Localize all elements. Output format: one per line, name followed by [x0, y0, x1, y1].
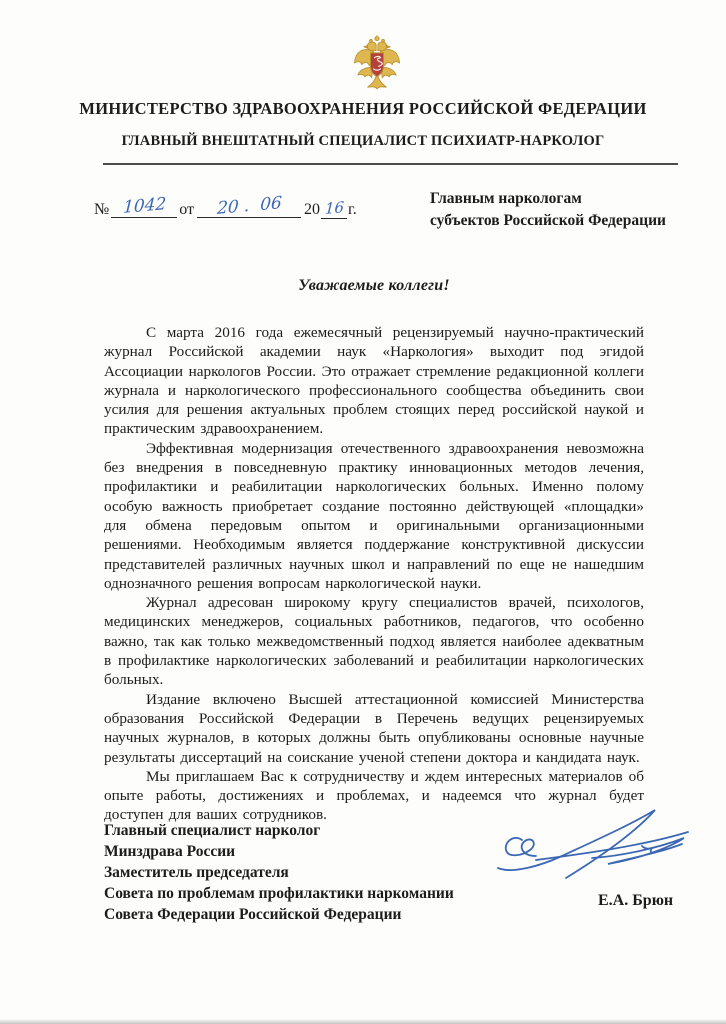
document-year-field: 16 [321, 200, 347, 219]
paragraph-2: Эффективная модернизация отечественного … [104, 439, 644, 593]
paragraph-1: С марта 2016 года ежемесячный рецензируе… [104, 323, 644, 439]
scan-edge-shadow [0, 1019, 726, 1024]
letterhead-divider [103, 163, 678, 165]
signer-title-line4: Совета по проблемам профилактики наркома… [104, 883, 454, 904]
paragraph-3: Журнал адресован широкому кругу специали… [104, 593, 644, 689]
year-prefix: 20 [304, 201, 320, 219]
document-date-field: 20 . 06 [197, 199, 301, 218]
number-label: № [94, 201, 109, 219]
reference-line: №1042от20 . 062016г. [94, 199, 357, 219]
signer-title-line5: Совета Федерации Российской Федерации [104, 904, 454, 925]
signer-name: Е.А. Брюн [598, 892, 673, 910]
addressee-line1: Главным наркологам [430, 188, 666, 210]
addressee-line2: субъектов Российской Федерации [430, 210, 666, 232]
ministry-of-health-emblem-icon [351, 34, 403, 90]
ministry-name: МИНИСТЕРСТВО ЗДРАВООХРАНЕНИЯ РОССИЙСКОЙ … [0, 99, 726, 119]
handwritten-signature-icon [492, 806, 718, 898]
chief-specialist-title: ГЛАВНЫЙ ВНЕШТАТНЫЙ СПЕЦИАЛИСТ ПСИХИАТР-Н… [0, 133, 726, 150]
salutation: Уважаемые коллеги! [104, 277, 644, 295]
document-number-field: 1042 [111, 199, 177, 218]
signer-title-line1: Главный специалист нарколог [104, 820, 454, 841]
document-year-handwritten: 16 [324, 198, 344, 218]
paragraph-4: Издание включено Высшей аттестационной к… [104, 690, 644, 767]
signature-title-block: Главный специалист нарколог Минздрава Ро… [104, 820, 454, 925]
signer-title-line3: Заместитель председателя [104, 862, 454, 883]
document-number-handwritten: 1042 [122, 194, 166, 218]
year-suffix: г. [348, 201, 357, 219]
official-letter-page: МИНИСТЕРСТВО ЗДРАВООХРАНЕНИЯ РОССИЙСКОЙ … [0, 0, 726, 1024]
document-date-handwritten: 20 . 06 [216, 193, 282, 219]
addressee-block: Главным наркологам субъектов Российской … [430, 188, 666, 232]
letter-body: С марта 2016 года ежемесячный рецензируе… [104, 323, 644, 825]
signer-title-line2: Минздрава России [104, 841, 454, 862]
from-label: от [179, 201, 194, 219]
